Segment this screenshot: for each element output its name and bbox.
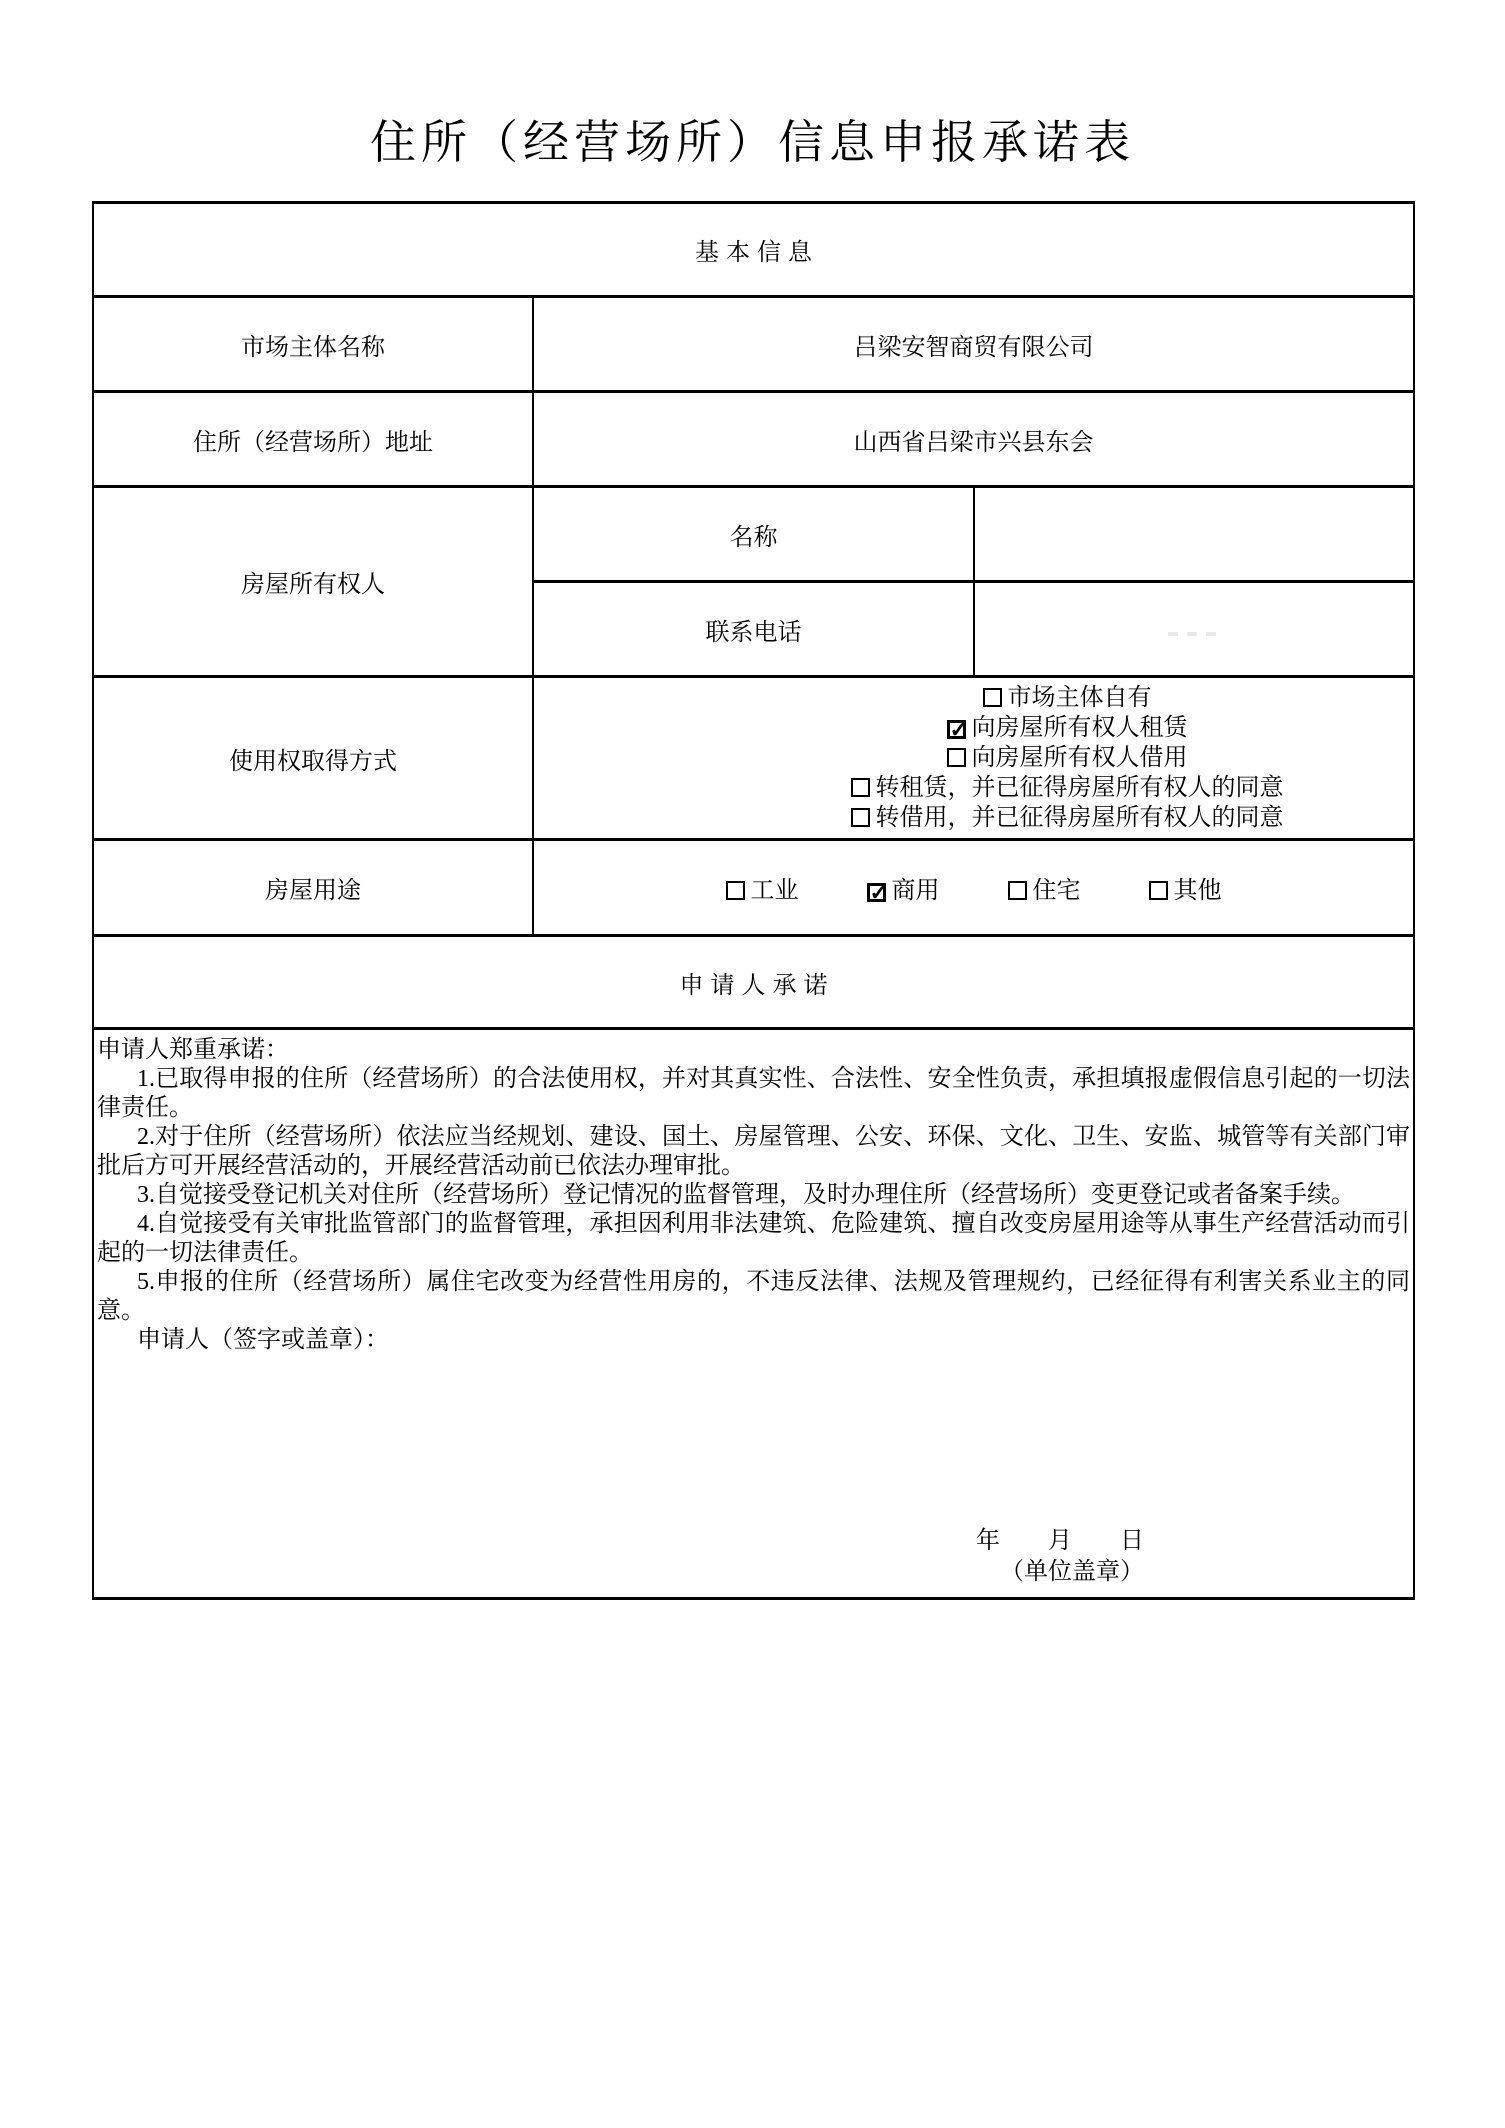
checkbox-unchecked-icon[interactable] — [851, 808, 870, 827]
commitment-text-block: 申请人郑重承诺： 1.已取得申报的住所（经营场所）的合法使用权，并对其真实性、合… — [94, 1032, 1413, 1596]
market-entity-label: 市场主体名称 — [93, 297, 533, 392]
owner-label: 房屋所有权人 — [93, 487, 533, 677]
date-seal-block: 年 月 日 （单位盖章） — [97, 1526, 1410, 1588]
house-use-label: 房屋用途 — [93, 840, 533, 936]
owner-name-label: 名称 — [533, 487, 974, 582]
checkbox-label: 转租赁，并已征得房屋所有权人的同意 — [876, 775, 1284, 801]
checkbox-option[interactable]: ✓向房屋所有权人租赁 — [727, 713, 1407, 743]
checkbox-option[interactable]: 向房屋所有权人借用 — [727, 743, 1407, 773]
checkbox-unchecked-icon[interactable] — [983, 688, 1002, 707]
checkbox-unchecked-icon[interactable] — [947, 748, 966, 767]
redacted-phone-mark — [1168, 632, 1220, 636]
page-title: 住所（经营场所）信息申报承诺表 — [0, 106, 1505, 172]
checkbox-option[interactable]: 住宅 — [1008, 870, 1081, 905]
checkbox-option[interactable]: 转租赁，并已征得房屋所有权人的同意 — [727, 773, 1407, 803]
house-use-options: 工业✓商用住宅其他 — [534, 870, 1413, 905]
checkbox-label: 工业 — [751, 878, 799, 904]
checkbox-label: 其他 — [1174, 878, 1222, 904]
checkbox-checked-icon[interactable]: ✓ — [947, 720, 966, 739]
applicant-signature-label: 申请人（签字或盖章）： — [97, 1326, 1410, 1355]
owner-phone-label: 联系电话 — [533, 582, 974, 677]
declaration-form-table: 基本信息 市场主体名称 吕梁安智商贸有限公司 住所（经营场所）地址 山西省吕梁市… — [92, 201, 1415, 1600]
checkbox-option[interactable]: ✓商用 — [867, 870, 940, 905]
checkbox-unchecked-icon[interactable] — [1008, 881, 1027, 900]
checkbox-label: 商用 — [892, 878, 940, 904]
commitment-intro: 申请人郑重承诺： — [97, 1036, 1410, 1065]
date-line: 年 月 日 — [97, 1526, 1144, 1557]
checkbox-label: 转借用，并已征得房屋所有权人的同意 — [876, 805, 1284, 831]
usage-right-label: 使用权取得方式 — [93, 677, 533, 840]
commitment-section-header: 申请人承诺 — [93, 936, 1414, 1029]
checkbox-option[interactable]: 转借用，并已征得房屋所有权人的同意 — [727, 803, 1407, 833]
checkbox-option[interactable]: 工业 — [726, 870, 799, 905]
owner-phone-value — [974, 582, 1414, 677]
basic-info-section-header: 基本信息 — [93, 203, 1414, 297]
commitment-item: 1.已取得申报的住所（经营场所）的合法使用权，并对其真实性、合法性、安全性负责，… — [97, 1065, 1410, 1123]
checkbox-label: 向房屋所有权人借用 — [972, 745, 1188, 771]
usage-right-options: 市场主体自有✓向房屋所有权人租赁向房屋所有权人借用转租赁，并已征得房屋所有权人的… — [534, 678, 1413, 838]
commitment-item: 3.自觉接受登记机关对住所（经营场所）登记情况的监督管理，及时办理住所（经营场所… — [97, 1181, 1410, 1210]
checkbox-option[interactable]: 其他 — [1149, 870, 1222, 905]
unit-seal-label: （单位盖章） — [97, 1557, 1144, 1588]
commitment-item: 5.申报的住所（经营场所）属住宅改变为经营性用房的，不违反法律、法规及管理规约，… — [97, 1268, 1410, 1326]
commitment-item: 4.自觉接受有关审批监管部门的监督管理，承担因利用非法建筑、危险建筑、擅自改变房… — [97, 1210, 1410, 1268]
checkbox-option[interactable]: 市场主体自有 — [727, 683, 1407, 713]
checkbox-unchecked-icon[interactable] — [726, 881, 745, 900]
address-label: 住所（经营场所）地址 — [93, 392, 533, 487]
owner-name-value — [974, 487, 1414, 582]
checkbox-label: 市场主体自有 — [1008, 685, 1152, 711]
commitment-item: 2.对于住所（经营场所）依法应当经规划、建设、国土、房屋管理、公安、环保、文化、… — [97, 1123, 1410, 1181]
address-value: 山西省吕梁市兴县东会 — [533, 392, 1414, 487]
checkbox-label: 住宅 — [1033, 878, 1081, 904]
checkbox-checked-icon[interactable]: ✓ — [867, 883, 886, 902]
signature-blank-area — [97, 1355, 1410, 1526]
commitment-items: 1.已取得申报的住所（经营场所）的合法使用权，并对其真实性、合法性、安全性负责，… — [97, 1065, 1410, 1326]
market-entity-value: 吕梁安智商贸有限公司 — [533, 297, 1414, 392]
checkbox-unchecked-icon[interactable] — [1149, 881, 1168, 900]
checkbox-label: 向房屋所有权人租赁 — [972, 715, 1188, 741]
document-page: 住所（经营场所）信息申报承诺表 基本信息 市场主体名称 吕梁安智商贸有限公司 住… — [0, 0, 1505, 2128]
checkbox-unchecked-icon[interactable] — [851, 778, 870, 797]
